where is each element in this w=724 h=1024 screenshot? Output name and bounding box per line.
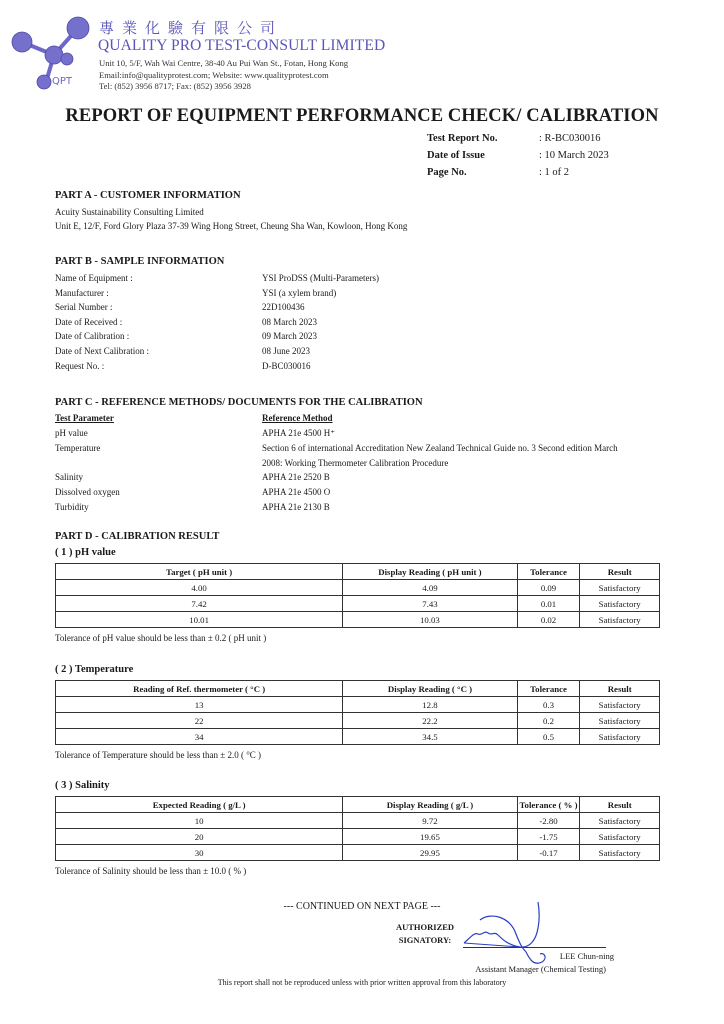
- table-cell: Satisfactory: [580, 713, 660, 729]
- table-cell: Satisfactory: [580, 813, 660, 829]
- signatory-label: SIGNATORY:: [380, 935, 470, 945]
- field-label: Date of Received :: [55, 317, 122, 327]
- field-value: 08 June 2023: [262, 346, 310, 356]
- table-cell: 4.09: [343, 580, 517, 596]
- test-parameter: Temperature: [55, 443, 100, 453]
- field-value: YSI ProDSS (Multi-Parameters): [262, 273, 379, 283]
- table-header-row: Expected Reading ( g/L )Display Reading …: [56, 797, 660, 813]
- table-cell: 22.2: [343, 713, 517, 729]
- company-name: QUALITY PRO TEST-CONSULT LIMITED: [98, 37, 385, 55]
- column-header: Display Reading ( pH unit ): [343, 564, 517, 580]
- meta-label: Date of Issue: [427, 150, 485, 161]
- tolerance-note: Tolerance of Salinity should be less tha…: [55, 866, 246, 876]
- signer-name: LEE Chun-ning: [480, 951, 614, 961]
- part-c-heading: PART C - REFERENCE METHODS/ DOCUMENTS FO…: [55, 397, 423, 408]
- col-test-parameter: Test Parameter: [55, 413, 114, 423]
- reference-method: APHA 21e 4500 O: [262, 487, 330, 497]
- table-cell: 13: [56, 697, 343, 713]
- table-cell: Satisfactory: [580, 697, 660, 713]
- field-value: D-BC030016: [262, 361, 311, 371]
- table-cell: Satisfactory: [580, 829, 660, 845]
- table-cell: 19.65: [343, 829, 517, 845]
- column-header: Result: [580, 681, 660, 697]
- test-parameter: Salinity: [55, 472, 83, 482]
- column-header: Reading of Ref. thermometer ( °C ): [56, 681, 343, 697]
- table-cell: 0.3: [517, 697, 580, 713]
- column-header: Target ( pH unit ): [56, 564, 343, 580]
- section-title: ( 3 ) Salinity: [55, 780, 110, 791]
- table-row: 4.004.090.09Satisfactory: [56, 580, 660, 596]
- field-label: Serial Number :: [55, 302, 113, 312]
- company-phone: Tel: (852) 3956 8717; Fax: (852) 3956 39…: [99, 81, 251, 91]
- table-cell: 34.5: [343, 729, 517, 745]
- table-cell: 30: [56, 845, 343, 861]
- column-header: Display Reading ( °C ): [343, 681, 517, 697]
- column-header: Result: [580, 564, 660, 580]
- customer-name: Acuity Sustainability Consulting Limited: [55, 207, 204, 217]
- reference-method: APHA 21e 2520 B: [262, 472, 330, 482]
- issue-date: : 10 March 2023: [539, 150, 609, 161]
- company-contact: Email:info@qualityprotest.com; Website: …: [99, 70, 329, 80]
- customer-address: Unit E, 12/F, Ford Glory Plaza 37-39 Win…: [55, 221, 407, 231]
- reference-method-cont: 2008: Working Thermometer Calibration Pr…: [262, 458, 448, 468]
- part-a-heading: PART A - CUSTOMER INFORMATION: [55, 190, 241, 201]
- field-label: Date of Calibration :: [55, 331, 129, 341]
- column-header: Expected Reading ( g/L ): [56, 797, 343, 813]
- calibration-table: Expected Reading ( g/L )Display Reading …: [55, 796, 660, 861]
- table-cell: 10.01: [56, 612, 343, 628]
- tolerance-note: Tolerance of pH value should be less tha…: [55, 633, 266, 643]
- report-title: REPORT OF EQUIPMENT PERFORMANCE CHECK/ C…: [0, 106, 724, 127]
- field-label: Manufacturer :: [55, 288, 109, 298]
- table-cell: 22: [56, 713, 343, 729]
- reference-method: Section 6 of international Accreditation…: [262, 443, 618, 453]
- column-header: Tolerance: [517, 564, 580, 580]
- table-cell: -0.17: [517, 845, 580, 861]
- table-row: 2019.65-1.75Satisfactory: [56, 829, 660, 845]
- authorized-label: AUTHORIZED: [380, 922, 470, 932]
- field-value: 22D100436: [262, 302, 305, 312]
- column-header: Tolerance ( % ): [517, 797, 580, 813]
- table-cell: -1.75: [517, 829, 580, 845]
- table-cell: 0.09: [517, 580, 580, 596]
- table-cell: 0.01: [517, 596, 580, 612]
- table-cell: 4.00: [56, 580, 343, 596]
- table-row: 3434.50.5Satisfactory: [56, 729, 660, 745]
- section-title: ( 1 ) pH value: [55, 547, 116, 558]
- table-row: 109.72-2.80Satisfactory: [56, 813, 660, 829]
- table-cell: Satisfactory: [580, 612, 660, 628]
- company-address: Unit 10, 5/F, Wah Wai Centre, 38-40 Au P…: [99, 58, 348, 68]
- table-row: 3029.95-0.17Satisfactory: [56, 845, 660, 861]
- page-number: : 1 of 2: [539, 167, 569, 178]
- table-cell: 29.95: [343, 845, 517, 861]
- meta-label: Test Report No.: [427, 133, 497, 144]
- table-header-row: Reading of Ref. thermometer ( °C )Displa…: [56, 681, 660, 697]
- table-cell: -2.80: [517, 813, 580, 829]
- part-b-heading: PART B - SAMPLE INFORMATION: [55, 256, 224, 267]
- company-logo-icon: QPT: [6, 12, 90, 90]
- report-meta: Test Report No. : R-BC030016 Date of Iss…: [0, 133, 724, 183]
- col-reference-method: Reference Method: [262, 413, 333, 423]
- table-cell: 12.8: [343, 697, 517, 713]
- calibration-table: Reading of Ref. thermometer ( °C )Displa…: [55, 680, 660, 745]
- table-cell: 7.42: [56, 596, 343, 612]
- table-cell: 34: [56, 729, 343, 745]
- signer-title: Assistant Manager (Chemical Testing): [440, 964, 606, 974]
- column-header: Display Reading ( g/L ): [343, 797, 517, 813]
- report-number: : R-BC030016: [539, 133, 601, 144]
- table-cell: Satisfactory: [580, 596, 660, 612]
- field-value: 08 March 2023: [262, 317, 317, 327]
- table-cell: 0.02: [517, 612, 580, 628]
- table-row: 2222.20.2Satisfactory: [56, 713, 660, 729]
- table-cell: 0.2: [517, 713, 580, 729]
- field-value: YSI (a xylem brand): [262, 288, 336, 298]
- test-parameter: Dissolved oxygen: [55, 487, 120, 497]
- test-parameter: pH value: [55, 428, 88, 438]
- svg-text:QPT: QPT: [52, 76, 73, 87]
- test-parameter: Turbidity: [55, 502, 89, 512]
- disclaimer: This report shall not be reproduced unle…: [0, 978, 724, 987]
- table-cell: Satisfactory: [580, 729, 660, 745]
- reference-method: APHA 21e 2130 B: [262, 502, 330, 512]
- table-cell: 7.43: [343, 596, 517, 612]
- table-row: 1312.80.3Satisfactory: [56, 697, 660, 713]
- calibration-table: Target ( pH unit )Display Reading ( pH u…: [55, 563, 660, 628]
- continued-note: --- CONTINUED ON NEXT PAGE ---: [0, 901, 724, 912]
- meta-label: Page No.: [427, 167, 467, 178]
- tolerance-note: Tolerance of Temperature should be less …: [55, 750, 261, 760]
- table-cell: Satisfactory: [580, 580, 660, 596]
- table-cell: 9.72: [343, 813, 517, 829]
- column-header: Result: [580, 797, 660, 813]
- table-cell: 20: [56, 829, 343, 845]
- table-row: 7.427.430.01Satisfactory: [56, 596, 660, 612]
- table-cell: 10: [56, 813, 343, 829]
- table-header-row: Target ( pH unit )Display Reading ( pH u…: [56, 564, 660, 580]
- table-row: 10.0110.030.02Satisfactory: [56, 612, 660, 628]
- table-cell: 0.5: [517, 729, 580, 745]
- section-title: ( 2 ) Temperature: [55, 664, 133, 675]
- field-value: 09 March 2023: [262, 331, 317, 341]
- table-cell: Satisfactory: [580, 845, 660, 861]
- reference-method: APHA 21e 4500 H⁺: [262, 428, 335, 439]
- company-chinese-name: 專業化驗有限公司: [99, 17, 283, 38]
- field-label: Request No. :: [55, 361, 104, 371]
- column-header: Tolerance: [517, 681, 580, 697]
- field-label: Date of Next Calibration :: [55, 346, 149, 356]
- part-d-heading: PART D - CALIBRATION RESULT: [55, 531, 219, 542]
- field-label: Name of Equipment :: [55, 273, 133, 283]
- table-cell: 10.03: [343, 612, 517, 628]
